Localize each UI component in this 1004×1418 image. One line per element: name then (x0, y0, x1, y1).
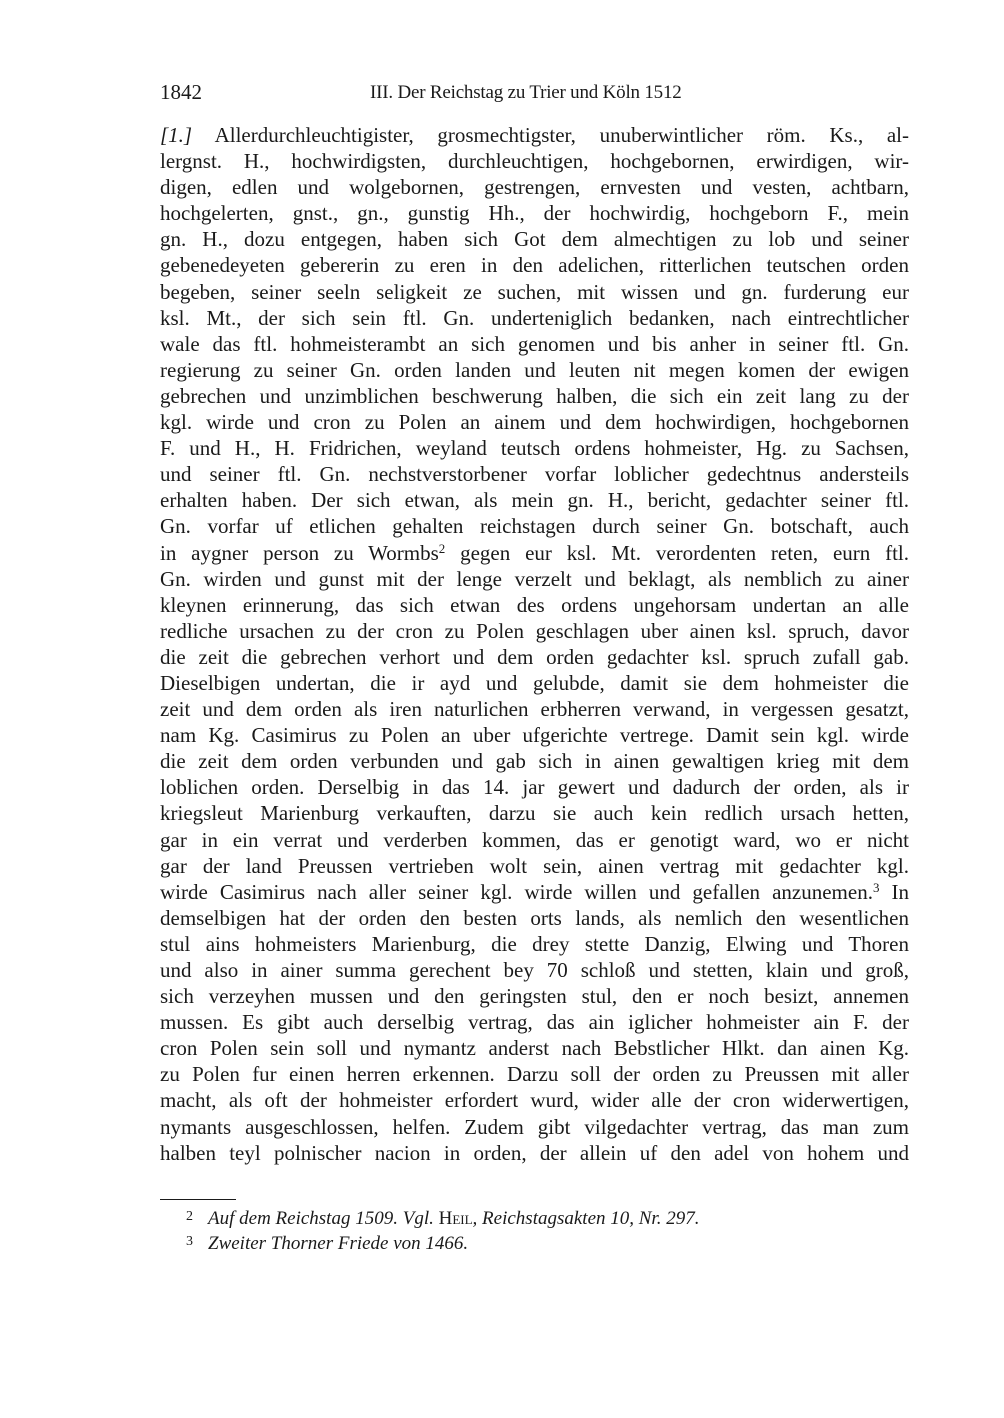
main-text: [1.] Allerdurchleuchtigister, grosmechti… (160, 122, 909, 1166)
text-span: Allerdurchleuchtigister, grosmechtigster… (192, 123, 909, 147)
text-span: nam Kg. Casimirus zu Polen an uber ufger… (160, 722, 909, 748)
text-span: und seiner ftl. Gn. nechstverstorbener v… (160, 461, 909, 487)
text-line: Gn. vorfar uf etlichen gehalten reichsta… (160, 513, 909, 539)
text-span: In (879, 880, 909, 904)
text-span: die zeit die gebrechen verhort und dem o… (160, 644, 909, 670)
text-span: kleynen erinnerung, das sich etwan des o… (160, 592, 909, 618)
text-span: gebenedeyeten gebererin zu eren in den a… (160, 252, 909, 278)
text-line: digen, edlen und wolgebornen, gestrengen… (160, 174, 909, 200)
text-span: kriegsleut Marienburg verkauften, darzu … (160, 800, 909, 826)
text-line: zeit und dem orden als iren naturlichen … (160, 696, 909, 722)
footnote-separator (160, 1199, 236, 1200)
text-line: kriegsleut Marienburg verkauften, darzu … (160, 800, 909, 826)
text-line: cron Polen sein soll und nymantz anderst… (160, 1035, 909, 1061)
text-line: kleynen erinnerung, das sich etwan des o… (160, 592, 909, 618)
text-line: mussen. Es gibt auch derselbig vertrag, … (160, 1009, 909, 1035)
text-span: macht, als oft der hohmeister erfordert … (160, 1087, 909, 1113)
text-line: sich verzeyhen mussen und den geringsten… (160, 983, 909, 1009)
text-line: F. und H., H. Fridrichen, weyland teutsc… (160, 435, 909, 461)
text-span: nymants ausgeschlossen, helfen. Zudem gi… (160, 1114, 909, 1140)
text-span: gn. H., dozu entgegen, haben sich Got de… (160, 226, 909, 252)
text-line: gebenedeyeten gebererin zu eren in den a… (160, 252, 909, 278)
text-line: wirde Casimirus nach aller seiner kgl. w… (160, 879, 909, 905)
text-span: ksl. Mt., der sich sein ftl. Gn. underte… (160, 305, 909, 331)
text-span: die zeit dem orden verbunden und gab sic… (160, 748, 909, 774)
text-span: zeit und dem orden als iren naturlichen … (160, 696, 909, 722)
text-span: loblichen orden. Derselbig in das 14. ja… (160, 774, 909, 800)
text-span: gar in ein verrat und verderben kommen, … (160, 827, 909, 853)
text-span: Gn. vorfar uf etlichen gehalten reichsta… (160, 513, 909, 539)
text-line: macht, als oft der hohmeister erfordert … (160, 1087, 909, 1113)
text-line: ksl. Mt., der sich sein ftl. Gn. underte… (160, 305, 909, 331)
text-span: redliche ursachen zu der cron zu Polen g… (160, 618, 909, 644)
footnote-text: Auf dem Reichstag 1509. Vgl. (208, 1208, 439, 1229)
footnote-author: Heil (439, 1208, 473, 1229)
text-line: [1.] Allerdurchleuchtigister, grosmechti… (160, 122, 909, 148)
text-span: und also in ainer summa gerechent bey 70… (160, 957, 909, 983)
text-span: erhalten haben. Der sich etwan, als mein… (160, 487, 909, 513)
text-line: begeben, seiner seeln seligkeit ze suche… (160, 279, 909, 305)
text-span: cron Polen sein soll und nymantz anderst… (160, 1035, 909, 1061)
text-span: mussen. Es gibt auch derselbig vertrag, … (160, 1009, 909, 1035)
text-span: Dieselbigen undertan, die ir ayd und gel… (160, 670, 909, 696)
text-span: demselbigen hat der orden den besten ort… (160, 905, 909, 931)
text-line: gebrechen und unzimblichen beschwerung h… (160, 383, 909, 409)
footnote-2: 2Auf dem Reichstag 1509. Vgl. Heil, Reic… (186, 1204, 699, 1229)
text-line: wale das ftl. hohmeisterambt an sich gen… (160, 331, 909, 357)
running-title: III. Der Reichstag zu Trier und Köln 151… (370, 82, 682, 104)
text-span: Gn. wirden und gunst mit der lenge verze… (160, 566, 909, 592)
text-span: wale das ftl. hohmeisterambt an sich gen… (160, 331, 909, 357)
text-line: erhalten haben. Der sich etwan, als mein… (160, 487, 909, 513)
text-line: Dieselbigen undertan, die ir ayd und gel… (160, 670, 909, 696)
footnote-text: Zweiter Thorner Friede von 1466. (208, 1233, 468, 1254)
footnote-3: 3Zweiter Thorner Friede von 1466. (186, 1229, 699, 1254)
text-line: und also in ainer summa gerechent bey 70… (160, 957, 909, 983)
page-number: 1842 (160, 80, 202, 105)
text-line: redliche ursachen zu der cron zu Polen g… (160, 618, 909, 644)
text-line: nam Kg. Casimirus zu Polen an uber ufger… (160, 722, 909, 748)
footnote-text: , Reichstagsakten 10, Nr. 297. (473, 1208, 700, 1229)
section-marker: [1.] (160, 123, 192, 147)
text-line: gar in ein verrat und verderben kommen, … (160, 827, 909, 853)
text-line: Gn. wirden und gunst mit der lenge verze… (160, 566, 909, 592)
text-span: stul ains hohmeisters Marienburg, die dr… (160, 931, 909, 957)
footnote-number: 3 (186, 1229, 208, 1254)
text-span: F. und H., H. Fridrichen, weyland teutsc… (160, 435, 909, 461)
footnote-number: 2 (186, 1204, 208, 1229)
text-span: gegen eur ksl. Mt. verordenten reten, eu… (445, 541, 909, 565)
text-line: nymants ausgeschlossen, helfen. Zudem gi… (160, 1114, 909, 1140)
text-line: und seiner ftl. Gn. nechstverstorbener v… (160, 461, 909, 487)
text-span: digen, edlen und wolgebornen, gestrengen… (160, 174, 909, 200)
text-span: kgl. wirde und cron zu Polen an ainem un… (160, 409, 909, 435)
text-line: lergnst. H., hochwirdigsten, durchleucht… (160, 148, 909, 174)
text-span: halben teyl polnischer nacion in orden, … (160, 1140, 909, 1166)
text-line: gar der land Preussen vertrieben wolt se… (160, 853, 909, 879)
text-line: zu Polen fur einen herren erkennen. Darz… (160, 1061, 909, 1087)
text-span: wirde Casimirus nach aller seiner kgl. w… (160, 880, 873, 904)
text-line: gn. H., dozu entgegen, haben sich Got de… (160, 226, 909, 252)
text-span: begeben, seiner seeln seligkeit ze suche… (160, 279, 909, 305)
text-line: loblichen orden. Derselbig in das 14. ja… (160, 774, 909, 800)
text-line: kgl. wirde und cron zu Polen an ainem un… (160, 409, 909, 435)
text-line: in aygner person zu Wormbs2 gegen eur ks… (160, 540, 909, 566)
text-line: halben teyl polnischer nacion in orden, … (160, 1140, 909, 1166)
text-span: gebrechen und unzimblichen beschwerung h… (160, 383, 909, 409)
text-span: in aygner person zu Wormbs (160, 541, 439, 565)
text-line: die zeit die gebrechen verhort und dem o… (160, 644, 909, 670)
text-span: sich verzeyhen mussen und den geringsten… (160, 983, 909, 1009)
text-line: stul ains hohmeisters Marienburg, die dr… (160, 931, 909, 957)
text-span: hochgelerten, gnst., gn., gunstig Hh., d… (160, 200, 909, 226)
footnotes: 2Auf dem Reichstag 1509. Vgl. Heil, Reic… (186, 1204, 699, 1254)
text-line: regierung zu seiner Gn. orden landen und… (160, 357, 909, 383)
text-line: hochgelerten, gnst., gn., gunstig Hh., d… (160, 200, 909, 226)
text-line: demselbigen hat der orden den besten ort… (160, 905, 909, 931)
text-span: regierung zu seiner Gn. orden landen und… (160, 357, 909, 383)
text-span: gar der land Preussen vertrieben wolt se… (160, 853, 909, 879)
text-span: zu Polen fur einen herren erkennen. Darz… (160, 1061, 909, 1087)
text-span: lergnst. H., hochwirdigsten, durchleucht… (160, 148, 909, 174)
text-line: die zeit dem orden verbunden und gab sic… (160, 748, 909, 774)
